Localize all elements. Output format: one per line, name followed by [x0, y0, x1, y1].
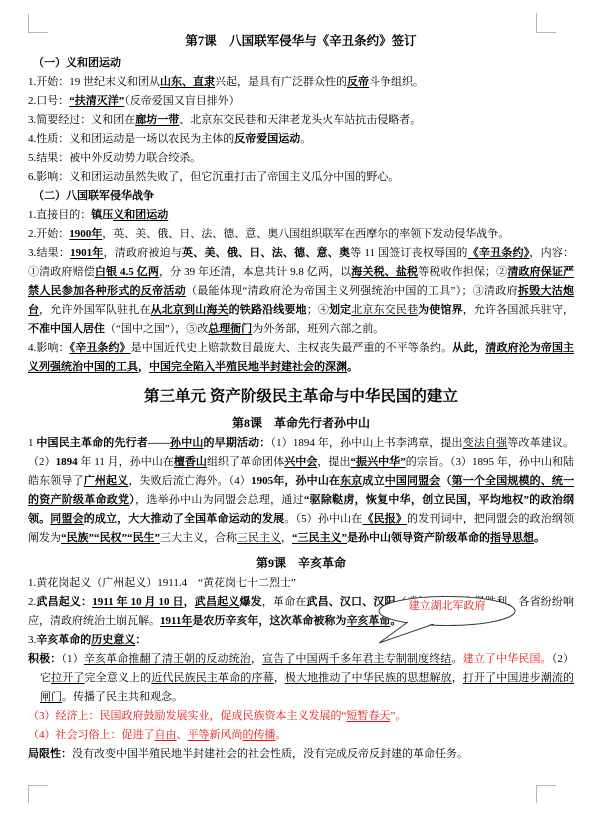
text-run: 广州起义 — [84, 475, 129, 487]
text-run: （最能体现“清政府沦为帝国主义列强统治中国的工具”）；③清政府 — [186, 285, 518, 297]
text-run: “民族”“民权”“民生” — [61, 532, 160, 544]
text-run: 极大地推动了中华民族的思想解放 — [285, 672, 452, 684]
text-run: ，英、美、俄、日、法、德、意、奥八国组织联军在西摩尔的率领下发动侵华战争。 — [102, 228, 509, 240]
text-run: 自由 — [155, 729, 177, 741]
text-run: （4）社会习俗上：促进了 — [28, 729, 155, 741]
paragraph: 6.影响：义和团运动虽然失败了，但它沉重打击了帝国主义瓜分中国的野心。 — [28, 168, 574, 187]
text-run: 从此， — [452, 342, 485, 354]
crop-mark-bottom-left-h — [28, 785, 48, 786]
paragraph: 4.性质：义和团运动是一场以农民为主体的反帝爱国运动。 — [28, 130, 574, 149]
text-run: 的成立，大大推动了全国革命运动的发展 — [84, 513, 285, 525]
text-run: 平等 — [188, 729, 210, 741]
text-run: 的铁路沿线要地 — [229, 304, 307, 316]
text-run: 东京 — [340, 475, 362, 487]
text-run: 兴起，是具有广泛群众性的 — [215, 76, 347, 88]
paragraph: 1.开始：19 世纪末义和团从山东、直隶兴起，是具有广泛群众性的反帝斗争组织。 — [28, 73, 574, 92]
text-run: 等 11 国签订丧权辱国的 — [350, 247, 467, 259]
text-run: 是孙中山领导资产阶级革命的 — [347, 532, 490, 544]
text-run: 成立 — [362, 475, 384, 487]
text-run: ，清政府被迫与 — [104, 247, 182, 259]
text-run: 1911 年 10 月 10 日 — [92, 596, 183, 608]
unit3-title: 第三单元 资产阶级民主革命与中华民国的建立 — [28, 385, 574, 408]
paragraph: 2.口号：“扶清灭洋”（反帝爱国又盲目排外） — [28, 92, 574, 111]
paragraph: 5.结果：被中外反动势力联合绞杀。 — [28, 149, 574, 168]
text-run: 1901年 — [70, 247, 103, 259]
document-page: 第7课 八国联军侵华与《辛丑条约》签订（一）义和团运动1.开始：19 世纪末义和… — [0, 0, 600, 828]
lesson8-title: 第8课 革命先行者孙中山 — [28, 413, 574, 433]
lesson7-title: 第7课 八国联军侵华与《辛丑条约》签订 — [28, 31, 574, 52]
text-run: ，失败后流亡海外。（4） — [128, 475, 251, 487]
text-run: 第7课 八国联军侵华与《辛丑条约》签订 — [185, 34, 416, 48]
text-run: ， — [184, 596, 195, 608]
text-run: 辛亥革命推翻了清王朝的反动统治 — [84, 653, 251, 665]
text-run: 新风尚 — [210, 729, 243, 741]
text-run: 划定 — [329, 304, 351, 316]
text-run: 指导思想 — [490, 532, 534, 544]
text-run: 2. — [28, 596, 36, 608]
text-run: 《辛丑条约》 — [70, 342, 131, 354]
text-run: 反帝 — [347, 76, 369, 88]
text-run: ，分 39 年还清，本息共计 9.8 亿两，以 — [159, 266, 351, 278]
text-run: 1911年 — [160, 615, 192, 627]
paragraph: 3.简要经过：义和团在廊坊一带、北京东交民巷和天津老龙头火车站抗击侵略者。 — [28, 111, 574, 130]
text-run: （二）八国联军侵华战争 — [33, 190, 154, 202]
document-content: 第7课 八国联军侵华与《辛丑条约》签订（一）义和团运动1.开始：19 世纪末义和… — [28, 31, 574, 764]
text-run: 建立了中华民国。 — [463, 653, 552, 665]
paragraph: 1.黄花岗起义（广州起义）1911.4 “黄花岗七十二烈士” — [28, 574, 574, 593]
paragraph: 积极：（1）辛亥革命推翻了清王朝的反动统治，宣告了中国两千多年君主专制制度终结。… — [28, 650, 574, 707]
crop-mark-top-left-v — [28, 14, 29, 32]
crop-mark-bottom-left-v — [28, 785, 29, 803]
text-run: 的早期活动： — [204, 437, 271, 449]
text-run: 斗争组织。 — [369, 76, 424, 88]
text-run: 。（5）孙中山在 — [284, 513, 362, 525]
text-run: （反帝爱国又盲目排外） — [124, 95, 240, 107]
text-run: 反帝爱国运动 — [234, 133, 300, 145]
text-run: ， — [251, 653, 262, 665]
text-run: 是中国近代史上赔款数目最庞大、主权丧失最严重的不平等条约。 — [131, 342, 453, 354]
text-run: 武昌起义 — [195, 596, 240, 608]
text-run: 局限性： — [28, 748, 72, 760]
text-run: ，允许各国派兵驻守， — [463, 304, 574, 316]
text-run: “扶清灭洋” — [69, 95, 124, 107]
text-run: 。 — [300, 133, 311, 145]
text-run: （ — [440, 475, 451, 487]
paragraph: 1.直接目的：镇压义和团运动 — [28, 206, 574, 225]
text-run: 1905年 — [251, 475, 284, 487]
text-run: 近代民族民主革命的序幕 — [151, 672, 273, 684]
text-run: 5.结果：被中外反动势力联合绞杀。 — [28, 152, 201, 164]
paragraph: 1 中国民主革命的先行者——孙中山的早期活动：（1）1894 年，孙中山上书李鸿… — [28, 434, 574, 548]
text-run: 爆发 — [239, 596, 261, 608]
text-run: 2.开始： — [28, 228, 69, 240]
text-run: 义和团运动 — [113, 209, 168, 221]
text-run: 中国完全陷入半殖民地半封建社会的深渊 — [149, 361, 347, 373]
text-run: 的传播 — [243, 729, 276, 741]
text-run: ，提出 — [317, 456, 350, 468]
text-run: 没有改变中国半殖民地半封建社会的社会性质，没有完成反帝反封建的革命任务。 — [72, 748, 468, 760]
text-run: 英、美、俄、日、法、德、意、奥 — [182, 247, 350, 259]
text-run: 镇压 — [91, 209, 113, 221]
text-run: 从北京到山海关 — [151, 304, 229, 316]
text-run: 3.简要经过：义和团在 — [28, 114, 135, 126]
text-run: （1） — [61, 653, 83, 665]
text-run: ，选举孙中山为同盟会总理，通过 — [135, 494, 304, 506]
text-run: 三民主义 — [237, 532, 281, 544]
text-run: 短暂春天 — [346, 710, 390, 722]
text-run: ”。 — [390, 710, 406, 722]
text-run: ， — [274, 672, 285, 684]
text-run: 4.性质：义和团运动是一场以农民为主体的 — [28, 133, 234, 145]
lesson9-title: 第9课 辛亥革命 — [28, 553, 574, 573]
crop-mark-bottom-right-h — [536, 785, 556, 786]
heading-boxer-movement: （一）义和团运动 — [28, 54, 574, 73]
text-run: 中国民主革命的先行者—— — [36, 437, 170, 449]
text-run: 海关税、盐税 — [351, 266, 418, 278]
text-run: 不准中国人居住 — [28, 323, 105, 335]
text-run: 白银 4.5 亿两 — [95, 266, 159, 278]
text-run: 第三单元 资产阶级民主革命与中华民国的建立 — [144, 388, 458, 405]
text-run: 6.影响：义和团运动虽然失败了，但它沉重打击了帝国主义瓜分中国的野心。 — [28, 171, 399, 183]
text-run: （1）1894 年，孙中山上书李鸿章，提出 — [270, 437, 462, 449]
text-run: （“国中之国”），⑤改 — [105, 323, 208, 335]
text-run: 是农历辛亥年，这次革命被称为 — [192, 615, 346, 627]
paragraph: 3.结果：1901年，清政府被迫与英、美、俄、日、法、德、意、奥等 11 国签订… — [28, 244, 574, 339]
text-run: 《辛丑条约》 — [468, 247, 530, 259]
text-run: 1.直接目的： — [28, 209, 91, 221]
text-run: ， — [138, 361, 149, 373]
text-run: （3）经济上：民国政府鼓励发展实业，促成民族资本主义发展的“ — [28, 710, 346, 722]
text-run: 、北京东交民巷和天津老龙头火车站抗击侵略者。 — [179, 114, 421, 126]
text-run: 。 — [276, 729, 287, 741]
text-run: 、 — [177, 729, 188, 741]
text-run: 孙中山 — [170, 437, 204, 449]
paragraph: （4）社会习俗上：促进了自由、平等新风尚的传播。 — [28, 726, 574, 745]
crop-mark-top-right-v — [536, 13, 537, 32]
heading-eight-nation-war: （二）八国联军侵华战争 — [28, 187, 574, 206]
text-run: 孙中山在 — [296, 475, 341, 487]
paragraph: 2.开始：1900年，英、美、俄、日、法、德、意、奥八国组织联军在西摩尔的率领下… — [28, 225, 574, 244]
text-run: 武昌起义： — [36, 596, 92, 608]
text-run: 同盟会 — [50, 513, 83, 525]
text-run: ： — [135, 634, 146, 646]
text-run: 1.开始：19 世纪末义和团从 — [28, 76, 160, 88]
callout-text: 建立湖北军政府 — [376, 599, 518, 613]
text-run: 年 11 月，孙中山在 — [78, 456, 174, 468]
text-run: 总理衙门 — [208, 323, 252, 335]
text-run: 兴中会 — [284, 456, 317, 468]
text-run: 完全意义上的 — [85, 672, 152, 684]
text-run: “三民主义” — [292, 532, 347, 544]
callout-bubble: 建立湖北军政府 — [376, 595, 518, 651]
text-run: 《民报》 — [362, 513, 407, 525]
text-run: 辛亥革命的 — [36, 634, 91, 646]
paragraph: （3）经济上：民国政府鼓励发展实业，促成民族资本主义发展的“短暂春天”。 — [28, 707, 574, 726]
text-run: 。 — [347, 361, 358, 373]
text-run: 。 — [451, 653, 462, 665]
text-run: 第9课 辛亥革命 — [256, 556, 346, 570]
text-run: 北京东交民巷 — [351, 304, 418, 316]
text-run: 拉开了 — [51, 672, 84, 684]
text-run: ， — [284, 475, 295, 487]
text-run: 4.影响： — [28, 342, 70, 354]
text-run: “振兴中华” — [351, 456, 406, 468]
text-run: （一）义和团运动 — [33, 57, 121, 69]
text-run: 廊坊一带 — [135, 114, 179, 126]
text-run: 组织了革命团体 — [207, 456, 284, 468]
text-run: 山东、直隶 — [160, 76, 215, 88]
text-run: ，允许外国军队驻扎在 — [39, 304, 150, 316]
text-run: 为外务部，班列六部之前。 — [252, 323, 384, 335]
text-run: 历史意义 — [91, 634, 135, 646]
text-run: ；④ — [307, 304, 329, 316]
text-run: 3.结果： — [28, 247, 70, 259]
text-run: 第8课 革命先行者孙中山 — [232, 416, 370, 430]
text-run: 为使馆界 — [418, 304, 463, 316]
text-run: ，革命在 — [262, 596, 307, 608]
text-run: ， — [452, 672, 463, 684]
paragraph: 4.影响：《辛丑条约》是中国近代史上赔款数目最庞大、主权丧失最严重的不平等条约。… — [28, 339, 574, 377]
text-run: 中国同盟会 — [385, 475, 441, 487]
text-run: 等税收作担保；② — [418, 266, 507, 278]
text-run: 檀香山 — [174, 456, 207, 468]
crop-mark-bottom-right-v — [536, 785, 537, 803]
text-run: 积极： — [28, 653, 61, 665]
text-run: 变法自强 — [463, 437, 508, 449]
text-run: 三大主义，合称 — [160, 532, 237, 544]
text-run: 2.口号： — [28, 95, 69, 107]
text-run: 宣告了中国两千多年君主专制制度终结 — [262, 653, 451, 665]
text-run: 。传播了民主共和观念。 — [62, 691, 183, 703]
text-run: 1894 — [56, 456, 78, 468]
text-run: 1900年 — [69, 228, 102, 240]
text-run: 3. — [28, 634, 36, 646]
text-run: 。 — [534, 532, 545, 544]
text-run: 1.黄花岗起义（广州起义）1911.4 “黄花岗七十二烈士” — [28, 577, 296, 589]
text-run: ， — [281, 532, 292, 544]
paragraph: 局限性：没有改变中国半殖民地半封建社会的社会性质，没有完成反帝反封建的革命任务。 — [28, 745, 574, 764]
